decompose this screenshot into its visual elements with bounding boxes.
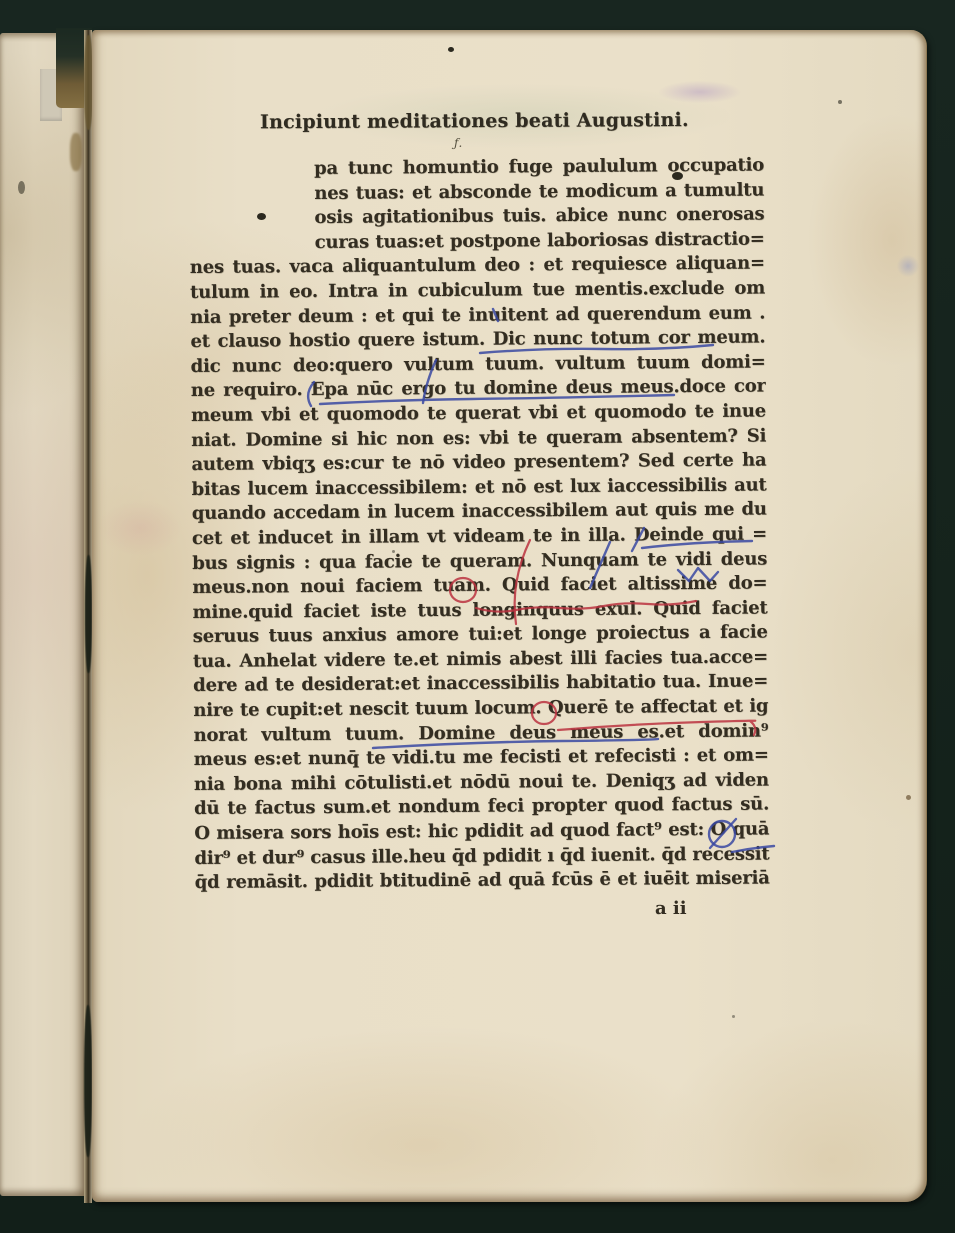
paper-speck: [18, 181, 25, 194]
page-heading: Incipiunt meditationes beati Augustini.: [260, 109, 740, 134]
ink-speck: [392, 550, 395, 553]
gutter-ink-blob: [84, 1005, 92, 1157]
ink-speck: [448, 47, 454, 52]
paper-stain: [70, 133, 82, 171]
quire-signature: a ii: [655, 898, 687, 919]
text-line: q̄d remāsit. pdidit btitudinē ad quā fcū…: [195, 867, 770, 896]
heading-flourish: ƒ.: [454, 136, 462, 150]
text-block: pa tunc homuntio fuge paululum occupatio…: [189, 153, 770, 895]
book-gutter: [84, 30, 92, 1203]
text-line: cet et inducet in illam vt videam te in …: [192, 522, 767, 551]
ink-speck: [906, 795, 911, 800]
ink-speck: [732, 1015, 735, 1018]
ink-speck: [672, 172, 683, 180]
book-page: Incipiunt meditationes beati Augustini. …: [92, 30, 927, 1202]
ink-speck: [838, 100, 842, 104]
ink-speck: [257, 213, 266, 220]
gutter-ink-blob: [85, 555, 92, 673]
photograph-of-book-opening: Incipiunt meditationes beati Augustini. …: [0, 0, 955, 1233]
previous-leaves-stub: [0, 33, 84, 1196]
